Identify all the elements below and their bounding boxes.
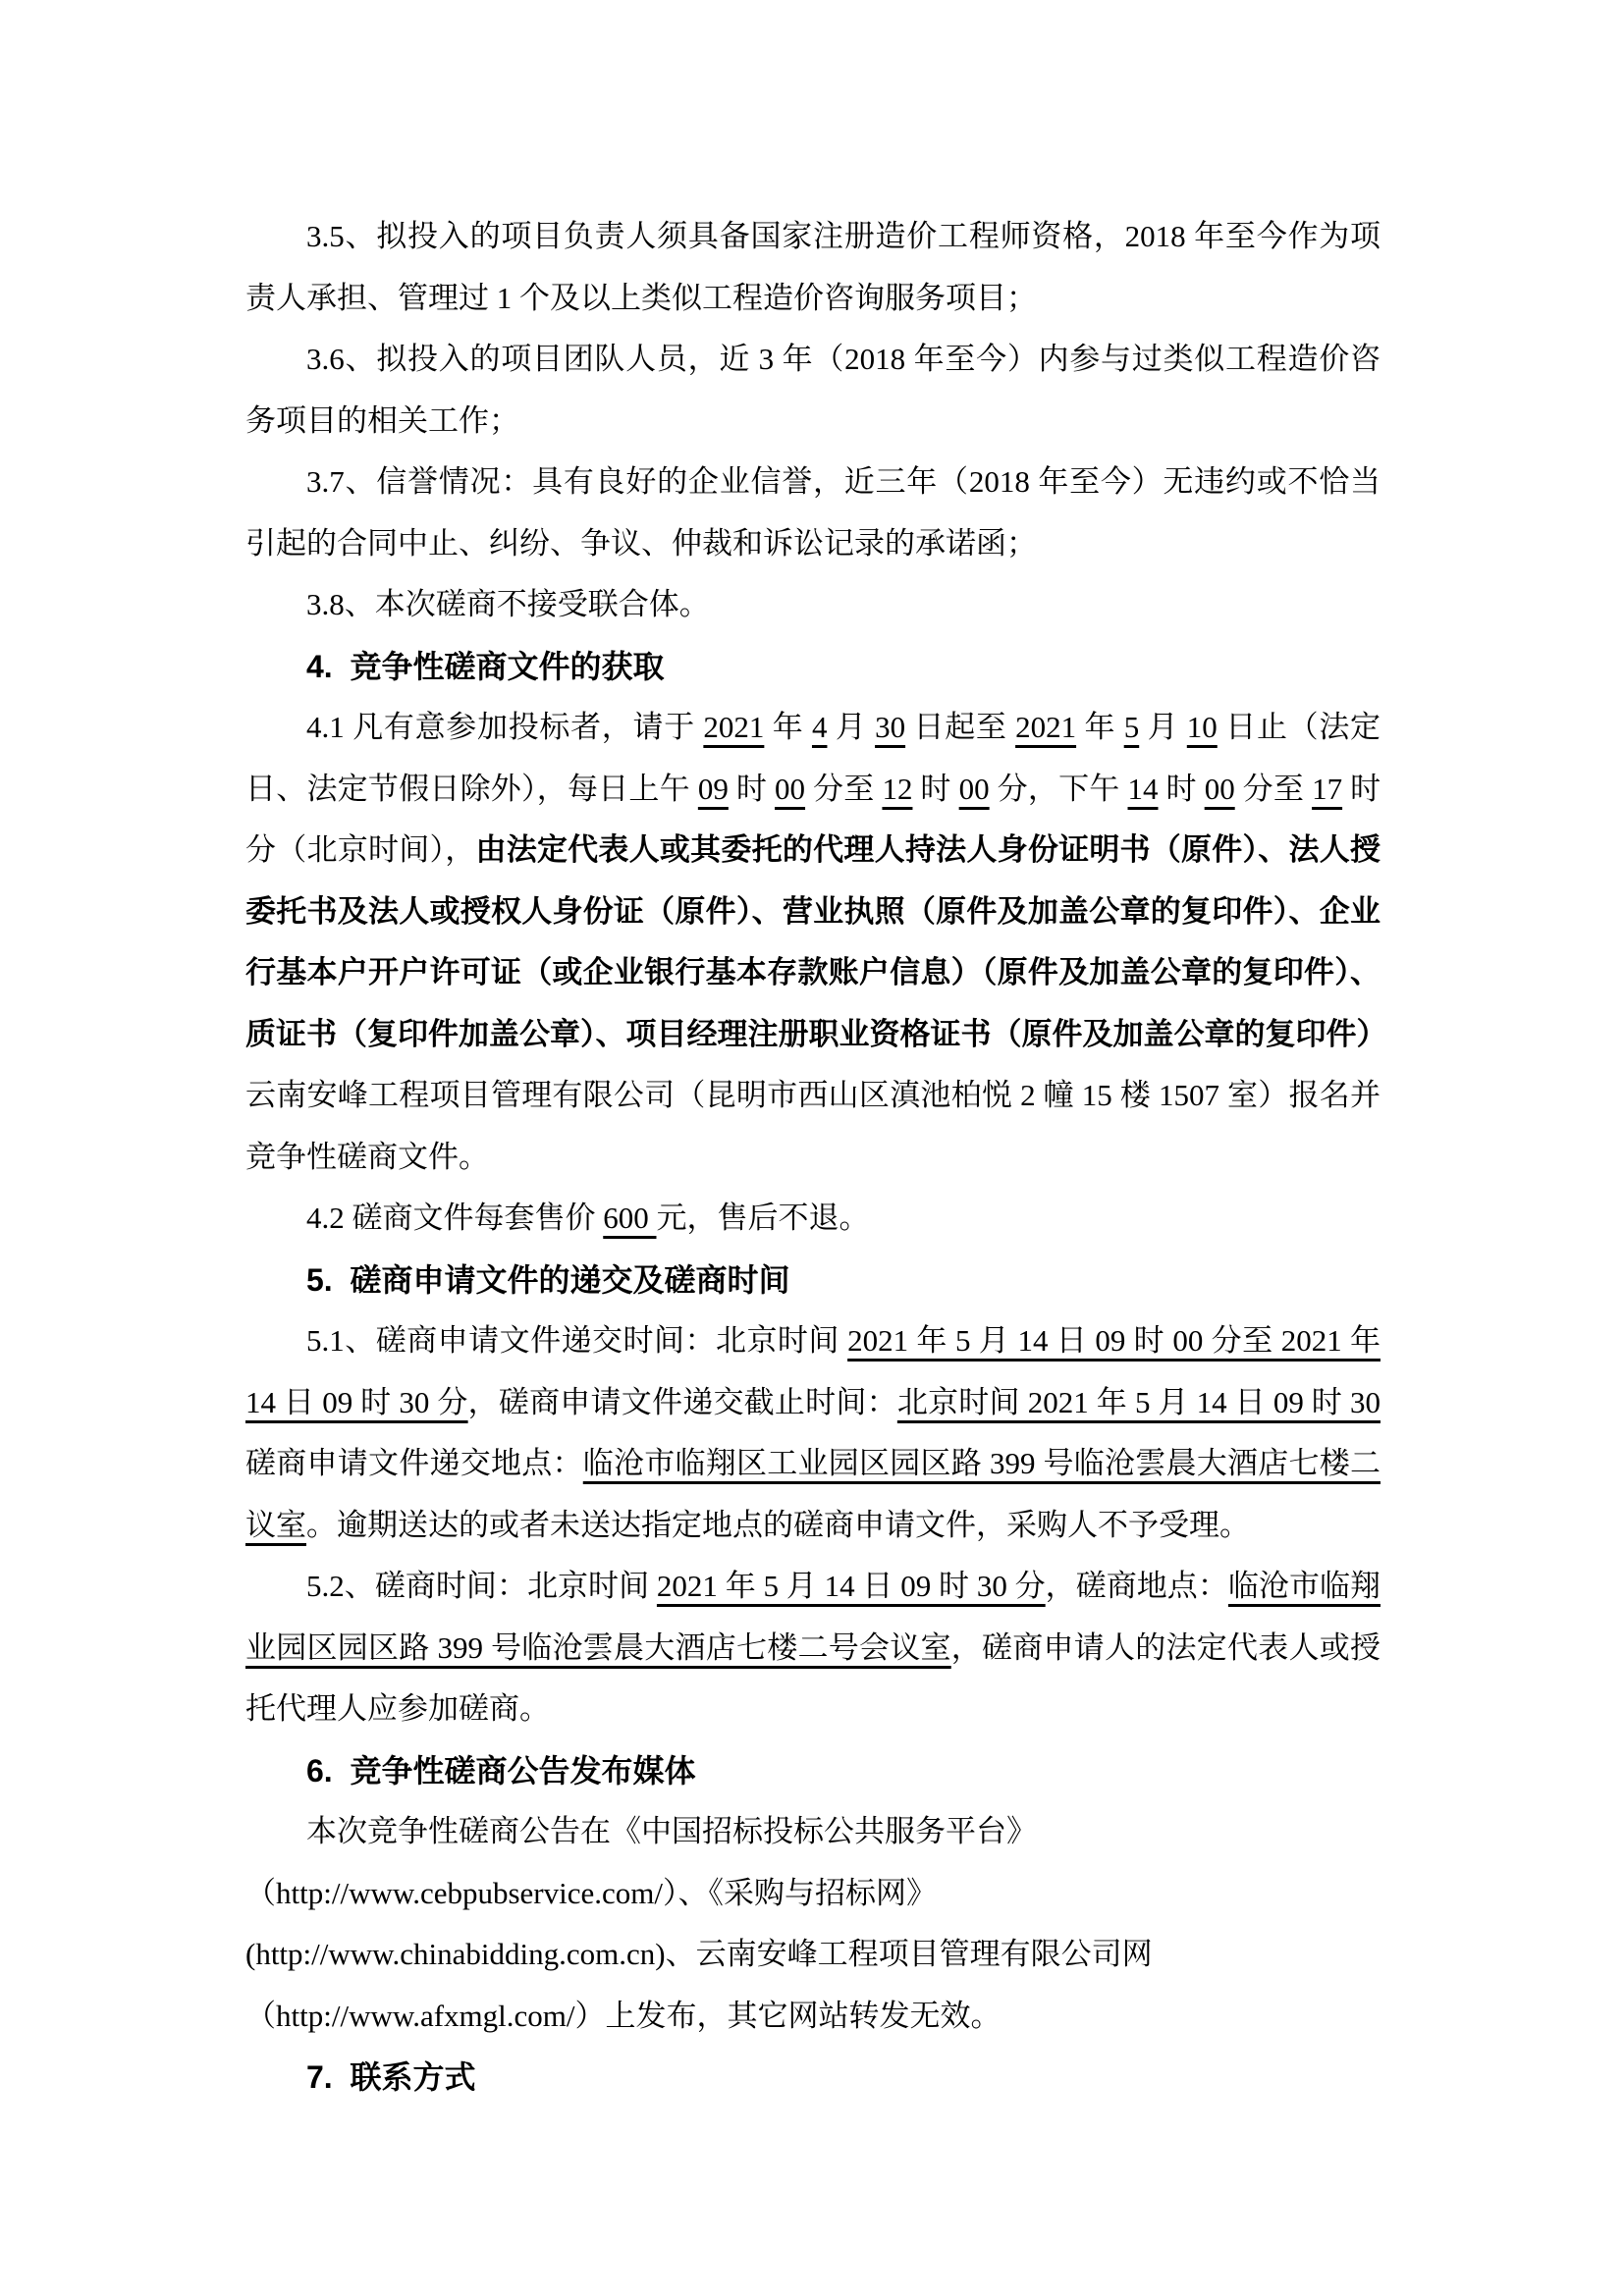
text-segment: ，磋商申请文件递交截止时间： xyxy=(468,1385,897,1419)
document-body: 3.5、拟投入的项目负责人须具备国家注册造价工程师资格，2018 年至今作为项目… xyxy=(245,206,1380,2109)
underlined-text: 2021 xyxy=(703,710,764,744)
underlined-text: 14 xyxy=(1128,772,1159,806)
text-line: 3.6、拟投入的项目团队人员，近 3 年（2018 年至今）内参与过类似工程造价… xyxy=(245,329,1380,391)
text-segment: 时 xyxy=(1159,772,1205,806)
text-segment: （http://www.afxmgl.com/）上发布，其它网站转发无效。 xyxy=(245,1999,1001,2033)
document-page: 3.5、拟投入的项目负责人须具备国家注册造价工程师资格，2018 年至今作为项目… xyxy=(0,0,1624,2296)
text-segment: 3.6、拟投入的项目团队人员，近 3 年（2018 年至今）内参与过类似工程造价… xyxy=(245,342,1380,391)
text-segment: 分，下午 xyxy=(990,772,1128,806)
text-segment: 元，售后不退。 xyxy=(657,1201,870,1235)
bold-text: 委托书及法人或授权人身份证（原件）、营业执照（原件及加盖公章的复印件）、企业银 xyxy=(245,894,1380,943)
bold-text: 7. 联系方式 xyxy=(306,2059,475,2095)
underlined-text: 12 xyxy=(882,772,912,806)
underlined-text: 10 xyxy=(1187,710,1218,744)
bold-text: 行基本户开户许可证（或企业银行基本存款账户信息）（原件及加盖公章的复印件）、资 xyxy=(245,955,1380,1004)
text-segment: 竞争性磋商文件。 xyxy=(245,1140,489,1174)
underlined-text: 00 xyxy=(959,772,990,806)
underlined-text: 2021 年 5 月 14 日 09 时 30 分 xyxy=(657,1569,1046,1603)
text-line: 质证书（复印件加盖公章）、项目经理注册职业资格证书（原件及加盖公章的复印件）到 xyxy=(245,1004,1380,1066)
bold-text: 5. 磋商申请文件的递交及磋商时间 xyxy=(306,1262,789,1298)
text-line: 托代理人应参加磋商。 xyxy=(245,1679,1380,1740)
section-heading-line: 6. 竞争性磋商公告发布媒体 xyxy=(245,1740,1380,1802)
text-segment: 月 xyxy=(1139,710,1187,744)
underlined-text: 4 xyxy=(812,710,828,744)
section-heading-line: 4. 竞争性磋商文件的获取 xyxy=(245,636,1380,698)
text-segment: 本次竞争性磋商公告在《中国招标投标公共服务平台》 xyxy=(306,1814,1037,1848)
underlined-text: 00 xyxy=(1205,772,1235,806)
text-line: 云南安峰工程项目管理有限公司（昆明市西山区滇池柏悦 2 幢 15 楼 1507 … xyxy=(245,1065,1380,1127)
bold-text: 质证书（复印件加盖公章）、项目经理注册职业资格证书（原件及加盖公章的复印件） xyxy=(245,1017,1380,1051)
text-line: 3.7、信誉情况：具有良好的企业信誉，近三年（2018 年至今）无违约或不恰当履… xyxy=(245,452,1380,513)
text-line: 日、法定节假日除外），每日上午 09 时 00 分至 12 时 00 分，下午 … xyxy=(245,759,1380,821)
text-line: 4.2 磋商文件每套售价 600 元，售后不退。 xyxy=(245,1188,1380,1250)
text-line: 分（北京时间），由法定代表人或其委托的代理人持法人身份证明书（原件）、法人授权 xyxy=(245,820,1380,881)
text-segment: 务项目的相关工作； xyxy=(245,403,519,438)
text-line: (http://www.chinabidding.com.cn)、云南安峰工程项… xyxy=(245,1924,1380,1986)
text-line: 议室。逾期送达的或者未送达指定地点的磋商申请文件，采购人不予受理。 xyxy=(245,1495,1380,1557)
text-segment: 5.1、磋商申请文件递交时间：北京时间 xyxy=(306,1323,847,1358)
text-segment: 分（北京时间）， xyxy=(245,832,475,867)
underlined-text: 2021 xyxy=(1015,710,1076,744)
text-segment: 时 xyxy=(912,772,958,806)
text-line: 磋商申请文件递交地点：临沧市临翔区工业园区园区路 399 号临沧雲晨大酒店七楼二… xyxy=(245,1433,1380,1495)
text-segment: 4.1 凡有意参加投标者，请于 xyxy=(306,710,703,744)
text-segment: 年 xyxy=(764,710,812,744)
text-line: 5.2、磋商时间：北京时间 2021 年 5 月 14 日 09 时 30 分，… xyxy=(245,1556,1380,1618)
underlined-text: 00 xyxy=(775,772,805,806)
text-segment: 时 xyxy=(1342,772,1380,806)
underlined-text: 议室 xyxy=(245,1508,306,1542)
underlined-text: 业园区园区路 399 号临沧雲晨大酒店七楼二号会议室 xyxy=(245,1630,951,1665)
text-line: 3.5、拟投入的项目负责人须具备国家注册造价工程师资格，2018 年至今作为项目… xyxy=(245,206,1380,268)
text-line: 5.1、磋商申请文件递交时间：北京时间 2021 年 5 月 14 日 09 时… xyxy=(245,1310,1380,1372)
text-line: 本次竞争性磋商公告在《中国招标投标公共服务平台》 xyxy=(245,1801,1380,1863)
text-line: （http://www.afxmgl.com/）上发布，其它网站转发无效。 xyxy=(245,1986,1380,2048)
text-line: 竞争性磋商文件。 xyxy=(245,1127,1380,1189)
underlined-text: 17 xyxy=(1312,772,1342,806)
text-segment: 托代理人应参加磋商。 xyxy=(245,1691,550,1726)
text-line: （http://www.cebpubservice.com/）、《采购与招标网》 xyxy=(245,1863,1380,1925)
underlined-text: 600 xyxy=(603,1201,656,1235)
text-line: 业园区园区路 399 号临沧雲晨大酒店七楼二号会议室，磋商申请人的法定代表人或授… xyxy=(245,1618,1380,1680)
text-segment: (http://www.chinabidding.com.cn)、云南安峰工程项… xyxy=(245,1937,1153,1971)
section-heading-line: 5. 磋商申请文件的递交及磋商时间 xyxy=(245,1250,1380,1311)
text-line: 14 日 09 时 30 分，磋商申请文件递交截止时间：北京时间 2021 年 … xyxy=(245,1372,1380,1434)
section-heading-line: 7. 联系方式 xyxy=(245,2047,1380,2109)
bold-text: 6. 竞争性磋商公告发布媒体 xyxy=(306,1753,695,1789)
text-line: 务项目的相关工作； xyxy=(245,391,1380,453)
text-line: 委托书及法人或授权人身份证（原件）、营业执照（原件及加盖公章的复印件）、企业银 xyxy=(245,881,1380,943)
text-segment: 磋商申请文件递交地点： xyxy=(245,1446,583,1480)
text-segment: 。逾期送达的或者未送达指定地点的磋商申请文件，采购人不予受理。 xyxy=(306,1508,1250,1542)
text-segment: 3.8、本次磋商不接受联合体。 xyxy=(306,587,710,621)
underlined-text: 5 xyxy=(1124,710,1140,744)
text-segment: 日起至 xyxy=(905,710,1015,744)
bold-text: 4. 竞争性磋商文件的获取 xyxy=(306,649,664,684)
text-segment: （http://www.cebpubservice.com/）、《采购与招标网》 xyxy=(245,1876,937,1910)
underlined-text: 14 日 09 时 30 分 xyxy=(245,1385,468,1419)
text-segment: 3.5、拟投入的项目负责人须具备国家注册造价工程师资格，2018 年至今作为项目… xyxy=(245,219,1380,268)
text-line: 行基本户开户许可证（或企业银行基本存款账户信息）（原件及加盖公章的复印件）、资 xyxy=(245,942,1380,1004)
text-segment: 年 xyxy=(1076,710,1124,744)
text-segment: 分至 xyxy=(1235,772,1312,806)
text-line: 责人承担、管理过 1 个及以上类似工程造价咨询服务项目； xyxy=(245,268,1380,330)
text-line: 引起的合同中止、纠纷、争议、仲裁和诉讼记录的承诺函； xyxy=(245,513,1380,575)
text-segment: ，磋商地点： xyxy=(1046,1569,1228,1603)
text-segment: 责人承担、管理过 1 个及以上类似工程造价咨询服务项目； xyxy=(245,281,1037,315)
text-segment: 日、法定节假日除外），每日上午 xyxy=(245,772,698,806)
text-segment: 时 xyxy=(729,772,775,806)
text-line: 3.8、本次磋商不接受联合体。 xyxy=(245,574,1380,636)
underlined-text: 09 xyxy=(698,772,729,806)
text-segment: 4.2 磋商文件每套售价 xyxy=(306,1201,603,1235)
text-segment: 分至 xyxy=(805,772,882,806)
text-segment: 云南安峰工程项目管理有限公司（昆明市西山区滇池柏悦 2 幢 15 楼 1507 … xyxy=(245,1078,1380,1127)
text-segment: 月 xyxy=(827,710,875,744)
text-segment: 引起的合同中止、纠纷、争议、仲裁和诉讼记录的承诺函； xyxy=(245,526,1037,561)
underlined-text: 30 xyxy=(875,710,905,744)
text-line: 4.1 凡有意参加投标者，请于 2021 年 4 月 30 日起至 2021 年… xyxy=(245,697,1380,759)
text-segment: 3.7、信誉情况：具有良好的企业信誉，近三年（2018 年至今）无违约或不恰当履… xyxy=(245,464,1380,513)
text-segment: 5.2、磋商时间：北京时间 xyxy=(306,1569,657,1603)
